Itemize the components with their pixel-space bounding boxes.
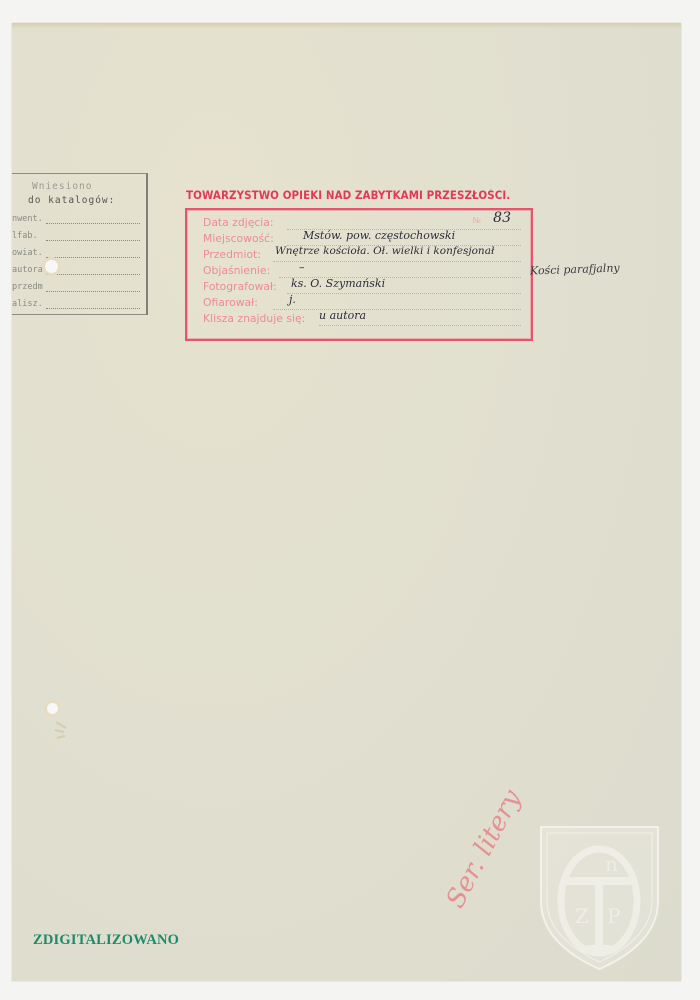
society-stamp-box: Data zdjęcia: № 83 Miejscowość: Mstów. p… (185, 208, 533, 341)
emblem-letter: n (605, 852, 618, 876)
catalog-row-label: autora (12, 265, 43, 275)
handwritten-value: ks. O. Szymański (291, 277, 385, 290)
handwritten-value: Mstów. pow. częstochowski (303, 229, 455, 242)
catalog-stamp-title-2: do katalogów: (28, 195, 115, 206)
field-label: Ofiarował: (203, 296, 258, 309)
watermark-emblem-icon: n Z P (537, 823, 662, 973)
catalog-row-label: owiat. (12, 248, 43, 258)
field-label: Przedmiot: (203, 248, 261, 261)
catalog-stamp: Wniesiono do katalogów: nwent. lfab. owi… (12, 173, 148, 315)
field-label: Objaśnienie: (203, 264, 270, 277)
catalog-stamp-title-1: Wniesiono (32, 181, 92, 192)
dotted-line (46, 257, 140, 258)
catalog-number: 83 (493, 210, 511, 226)
punch-hole (45, 260, 58, 273)
field-photographer: Fotografował: ks. O. Szymański (203, 280, 521, 296)
field-label: Miejscowość: (203, 232, 274, 245)
dotted-line (319, 325, 521, 326)
catalog-row: owiat. (12, 248, 140, 262)
catalog-row: autora (12, 265, 140, 279)
field-negative-location: Klisza znajduje się: u autora (203, 312, 521, 328)
field-label: Fotografował: (203, 280, 277, 293)
dotted-line (46, 223, 140, 224)
digitized-stamp: ZDIGITALIZOWANO (33, 932, 179, 949)
catalog-row: alisz. (12, 299, 140, 313)
dotted-line (46, 291, 140, 292)
dotted-line (273, 261, 521, 262)
handwritten-overflow: Kości parafjalny (530, 261, 620, 277)
catalog-row: przedm (12, 282, 140, 296)
catalog-row-label: nwent. (12, 214, 43, 224)
handwritten-value: j. (289, 293, 296, 306)
document-paper: Wniesiono do katalogów: nwent. lfab. owi… (12, 23, 681, 981)
field-subject: Przedmiot: Wnętrze kościoła. Oł. wielki … (203, 248, 521, 264)
catalog-row: lfab. (12, 231, 140, 245)
dotted-line (46, 308, 140, 309)
catalog-row-label: alisz. (12, 299, 43, 309)
dotted-line (287, 293, 521, 294)
dotted-line (46, 274, 140, 275)
dotted-line (46, 240, 140, 241)
number-sign: № (473, 216, 481, 225)
handwritten-value: u autora (319, 309, 366, 322)
punch-hole (47, 703, 58, 714)
field-label: Klisza znajduje się: (203, 312, 305, 325)
emblem-letter: Z (575, 904, 589, 928)
society-stamp-title: TOWARZYSTWO OPIEKI NAD ZABYTKAMI PRZESZŁ… (186, 189, 510, 202)
handwritten-value: Wnętrze kościoła. Oł. wielki i konfesjon… (275, 245, 494, 257)
handwritten-value: – (299, 261, 305, 274)
catalog-row-label: lfab. (12, 231, 38, 241)
stain-mark (52, 718, 70, 744)
red-pencil-note: Ser. litery (441, 785, 528, 913)
emblem-letter: P (607, 904, 620, 928)
catalog-row-label: przedm (12, 282, 43, 292)
paper-edge-stain (12, 23, 681, 29)
catalog-row: nwent. (12, 214, 140, 228)
dotted-line (273, 309, 521, 310)
field-label: Data zdjęcia: (203, 216, 274, 229)
